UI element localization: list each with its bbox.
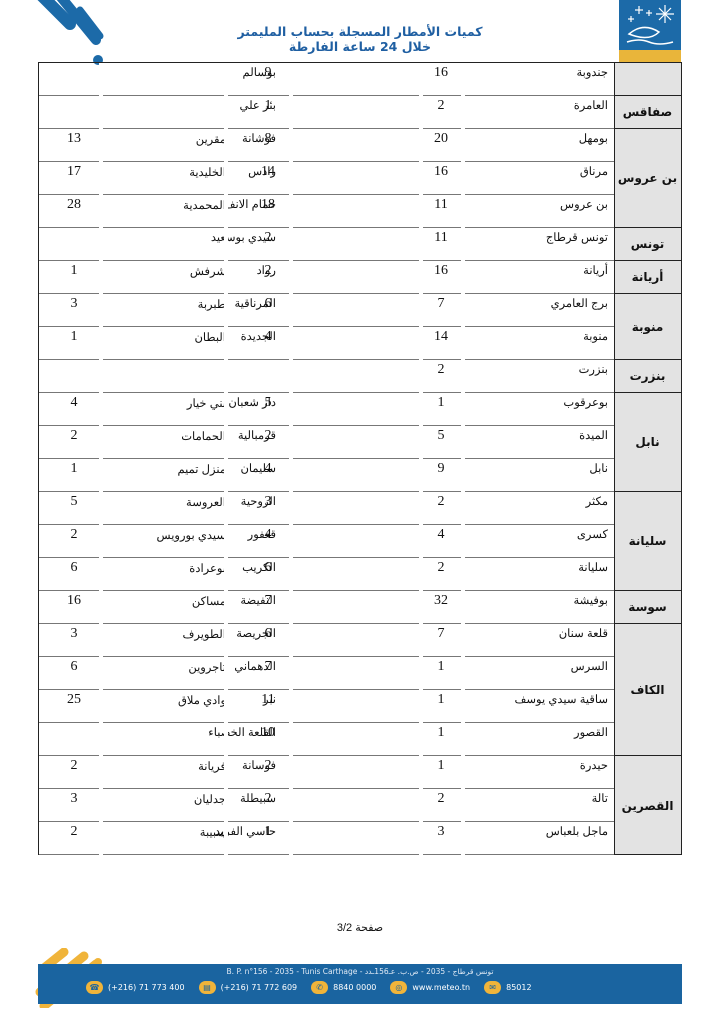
column-gap: [99, 756, 103, 789]
column-gap: [224, 591, 228, 624]
column-gap: [461, 393, 465, 426]
column-gap: [289, 393, 293, 426]
station-3: شرفش: [190, 264, 226, 278]
table-row: الميدة5قرمبالية2الحمامات2: [39, 426, 614, 459]
station-3: سبيبة: [200, 825, 226, 839]
column-gap: [99, 63, 103, 96]
contact-item: ✆8840 0000: [311, 981, 376, 994]
column-gap: [419, 822, 423, 855]
rainfall-value-1: 5: [426, 429, 456, 443]
station-1: مكثر: [586, 495, 608, 509]
station-1: منوبة: [583, 330, 608, 344]
rainfall-value-1: 32: [426, 594, 456, 608]
postal-address: B. P. n°156 - 2035 - Tunis Carthage - تو…: [38, 967, 682, 976]
rainfall-value-2: 6: [253, 297, 283, 311]
station-1: مرناق: [580, 165, 608, 179]
contact-text: www.meteo.tn: [412, 983, 470, 992]
rainfall-value-2: 4: [253, 462, 283, 476]
station-1: ماجل بلعباس: [546, 825, 608, 839]
column-gap: [419, 96, 423, 129]
column-gap: [99, 261, 103, 294]
rainfall-value-3: 13: [59, 132, 89, 146]
rainfall-value-2: 7: [253, 660, 283, 674]
station-3: جدليان: [194, 792, 226, 806]
column-gap: [224, 228, 228, 261]
rainfall-value-2: 2: [253, 231, 283, 245]
rainfall-value-2: 2: [253, 429, 283, 443]
station-3: البطان: [194, 330, 226, 344]
column-gap: [461, 690, 465, 723]
column-gap: [99, 624, 103, 657]
column-gap: [419, 558, 423, 591]
column-gap: [419, 393, 423, 426]
governorate-cell: نابل: [614, 393, 681, 492]
table-row: بن عروس11حمام الانف18المحمدية28: [39, 195, 614, 228]
contact-text: 8840 0000: [333, 983, 376, 992]
column-gap: [99, 426, 103, 459]
column-gap: [419, 690, 423, 723]
rainfall-value-1: 2: [426, 99, 456, 113]
phone-icon: ☎: [86, 981, 103, 994]
column-gap: [99, 525, 103, 558]
column-gap: [99, 459, 103, 492]
table-row: ماجل بلعباس3حاسي الفريد1سبيبة2: [39, 822, 614, 855]
title-line-2: خلال 24 ساعة الفارطة: [180, 39, 540, 54]
station-1: كسرى: [577, 528, 608, 542]
station-3: بوعرادة: [189, 561, 226, 575]
table-row: كسرى4قعفور4سيدي بورويس2: [39, 525, 614, 558]
column-gap: [419, 492, 423, 525]
station-1: قلعة سنان: [559, 627, 608, 641]
contact-item: ✉85012: [484, 981, 531, 994]
column-gap: [99, 492, 103, 525]
page-number: صفحة 3/2: [0, 921, 720, 934]
snowflake-stars-icon: [619, 0, 681, 50]
column-gap: [419, 789, 423, 822]
rainfall-value-1: 11: [426, 198, 456, 212]
column-gap: [419, 723, 423, 756]
station-3: المحمدية: [183, 198, 226, 212]
column-gap: [99, 657, 103, 690]
column-gap: [419, 459, 423, 492]
column-gap: [419, 228, 423, 261]
column-gap: [289, 822, 293, 855]
column-gap: [99, 690, 103, 723]
fax-icon: ▤: [199, 981, 216, 994]
rainfall-value-2: 3: [253, 495, 283, 509]
column-gap: [224, 723, 228, 756]
governorate-cell: تونس: [614, 228, 681, 261]
rainfall-value-1: 4: [426, 528, 456, 542]
column-gap: [224, 492, 228, 525]
station-1: تونس قرطاج: [546, 231, 608, 245]
column-gap: [99, 558, 103, 591]
station-3: فريانة: [198, 759, 226, 773]
station-3: منزل تميم: [178, 462, 227, 476]
rainfall-value-1: 2: [426, 363, 456, 377]
station-3: مقرين: [196, 132, 226, 146]
column-gap: [289, 492, 293, 525]
rainfall-value-2: 4: [253, 330, 283, 344]
rainfall-value-2: 8: [253, 132, 283, 146]
rainfall-value-2: 10: [253, 726, 283, 740]
rainfall-value-1: 2: [426, 561, 456, 575]
table-row: العامرة2بئر علي1: [39, 96, 614, 129]
column-gap: [419, 591, 423, 624]
column-gap: [224, 426, 228, 459]
rainfall-value-1: 3: [426, 825, 456, 839]
table-row: منوبة14الجديدة4البطان1: [39, 327, 614, 360]
column-gap: [419, 327, 423, 360]
column-gap: [224, 96, 228, 129]
row-divider: [39, 854, 614, 856]
rainfall-value-3: 3: [59, 792, 89, 806]
station-3: الحمامات: [181, 429, 226, 443]
station-1: ساقية سيدي يوسف: [515, 693, 609, 707]
rainfall-value-1: 16: [426, 165, 456, 179]
column-gap: [419, 756, 423, 789]
governorate-cell: [614, 63, 681, 96]
column-gap: [224, 459, 228, 492]
rainfall-value-2: 1: [253, 825, 283, 839]
column-gap: [289, 591, 293, 624]
column-gap: [461, 492, 465, 525]
hotline-icon: ✆: [311, 981, 328, 994]
rainfall-value-1: 14: [426, 330, 456, 344]
table-row: أريانة16رواد2شرفش1: [39, 261, 614, 294]
rainfall-value-3: 1: [59, 264, 89, 278]
column-gap: [461, 360, 465, 393]
column-gap: [461, 129, 465, 162]
rainfall-value-1: 16: [426, 66, 456, 80]
rainfall-value-3: 2: [59, 825, 89, 839]
rainfall-value-3: 28: [59, 198, 89, 212]
table-row: جندوبة16بوسالم9: [39, 63, 614, 96]
rainfall-value-1: 16: [426, 264, 456, 278]
table-row: نابل9سليمان4منزل تميم1: [39, 459, 614, 492]
column-gap: [461, 756, 465, 789]
rainfall-value-1: 1: [426, 759, 456, 773]
column-gap: [224, 789, 228, 822]
rainfall-value-3: 1: [59, 462, 89, 476]
rainfall-value-3: 3: [59, 297, 89, 311]
contact-item: ▤(+216) 71 772 609: [199, 981, 298, 994]
rainfall-value-2: 9: [253, 66, 283, 80]
column-gap: [289, 756, 293, 789]
column-gap: [289, 261, 293, 294]
governorate-cell: صفاقس: [614, 96, 681, 129]
table-row: سليانة2الكريب6بوعرادة6: [39, 558, 614, 591]
column-gap: [99, 393, 103, 426]
governorate-cell: أريانة: [614, 261, 681, 294]
rainfall-value-3: 5: [59, 495, 89, 509]
station-1: بوعرقوب: [563, 396, 608, 410]
column-gap: [461, 327, 465, 360]
column-gap: [289, 360, 293, 393]
column-gap: [224, 690, 228, 723]
column-gap: [419, 657, 423, 690]
column-gap: [99, 591, 103, 624]
column-gap: [224, 195, 228, 228]
column-gap: [289, 558, 293, 591]
rainfall-value-2: 18: [253, 198, 283, 212]
column-gap: [289, 459, 293, 492]
rainfall-value-1: 7: [426, 297, 456, 311]
column-gap: [289, 63, 293, 96]
column-gap: [224, 822, 228, 855]
station-1: حيدرة: [580, 759, 608, 773]
report-title: كميات الأمطار المسجلة بحساب المليمتر خلا…: [180, 24, 540, 54]
station-1: بنزرت: [579, 363, 608, 377]
table-row: بومهل20فوشانة8مقرين13: [39, 129, 614, 162]
table-row: ساقية سيدي يوسف1نبر11وادي ملاق25: [39, 690, 614, 723]
rainfall-value-2: 6: [253, 627, 283, 641]
column-gap: [461, 294, 465, 327]
column-gap: [224, 756, 228, 789]
station-3: بني خيار: [187, 396, 226, 410]
rainfall-value-1: 1: [426, 660, 456, 674]
rainfall-value-2: 14: [253, 165, 283, 179]
table-row: تونس قرطاج11سيدي بوسعيد2: [39, 228, 614, 261]
column-gap: [419, 525, 423, 558]
column-gap: [419, 162, 423, 195]
table-row: مكثر2الروحية3العروسة5: [39, 492, 614, 525]
station-1: نابل: [589, 462, 608, 476]
column-gap: [461, 723, 465, 756]
column-gap: [99, 723, 103, 756]
column-gap: [461, 657, 465, 690]
governorate-cell: سليانة: [614, 492, 681, 591]
column-gap: [224, 327, 228, 360]
column-gap: [289, 327, 293, 360]
column-gap: [224, 294, 228, 327]
column-gap: [461, 525, 465, 558]
column-gap: [289, 162, 293, 195]
station-1: برج العامري: [551, 297, 608, 311]
station-1: القصور: [574, 726, 608, 740]
rainfall-value-3: 1: [59, 330, 89, 344]
column-gap: [224, 63, 228, 96]
column-gap: [461, 789, 465, 822]
column-gap: [99, 162, 103, 195]
rainfall-value-2: 7: [253, 594, 283, 608]
contact-text: (+216) 71 773 400: [108, 983, 185, 992]
column-gap: [289, 228, 293, 261]
rainfall-value-2: 2: [253, 264, 283, 278]
table-row: بوعرقوب1دار شعبان5بني خيار4: [39, 393, 614, 426]
rainfall-table: صفاقسبن عروستونسأريانةمنوبةبنزرتنابلسليا…: [38, 62, 682, 855]
column-gap: [289, 657, 293, 690]
rainfall-value-3: 2: [59, 429, 89, 443]
column-gap: [461, 63, 465, 96]
table-row: برج العامري7المرناقية6طبربة3: [39, 294, 614, 327]
column-gap: [99, 327, 103, 360]
station-1: أريانة: [583, 264, 608, 278]
column-gap: [461, 459, 465, 492]
rainfall-value-3: 6: [59, 561, 89, 575]
decorative-stripes-icon: [30, 0, 110, 66]
station-1: بن عروس: [560, 198, 608, 212]
contact-list: ☎(+216) 71 773 400▤(+216) 71 772 609✆884…: [86, 981, 532, 994]
rainfall-value-2: 11: [253, 693, 283, 707]
column-gap: [224, 525, 228, 558]
column-gap: [224, 624, 228, 657]
column-gap: [289, 129, 293, 162]
column-gap: [461, 591, 465, 624]
rainfall-value-3: 4: [59, 396, 89, 410]
column-gap: [224, 393, 228, 426]
governorate-cell: القصرين: [614, 756, 681, 855]
column-gap: [289, 624, 293, 657]
column-gap: [99, 294, 103, 327]
station-1: العامرة: [574, 99, 608, 113]
column-gap: [461, 822, 465, 855]
rainfall-value-1: 20: [426, 132, 456, 146]
column-gap: [419, 261, 423, 294]
column-gap: [99, 96, 103, 129]
web-icon: ◎: [390, 981, 407, 994]
station-3: الطويرف: [182, 627, 226, 641]
rainfall-value-2: 4: [253, 528, 283, 542]
station-3: وادي ملاق: [178, 693, 226, 707]
table-row: تالة2سبيطلة2جدليان3: [39, 789, 614, 822]
column-gap: [99, 789, 103, 822]
governorate-cell: منوبة: [614, 294, 681, 360]
column-gap: [461, 426, 465, 459]
rainfall-value-3: 17: [59, 165, 89, 179]
rainfall-value-3: 6: [59, 660, 89, 674]
institute-logo: [619, 0, 681, 62]
station-1: جندوبة: [576, 66, 608, 80]
column-gap: [419, 195, 423, 228]
column-gap: [461, 162, 465, 195]
table-row: بوفيشة32النفيضة7مساكن16: [39, 591, 614, 624]
contact-text: 85012: [506, 983, 531, 992]
column-gap: [419, 360, 423, 393]
column-gap: [224, 129, 228, 162]
station-1: بومهل: [579, 132, 608, 146]
rainfall-value-1: 1: [426, 396, 456, 410]
sms-icon: ✉: [484, 981, 501, 994]
column-gap: [419, 624, 423, 657]
station-1: بوفيشة: [573, 594, 608, 608]
contact-text: (+216) 71 772 609: [221, 983, 298, 992]
station-1: سليانة: [578, 561, 608, 575]
rainfall-value-3: 25: [59, 693, 89, 707]
rainfall-value-2: 2: [253, 792, 283, 806]
table-row: القصور1القلعة الخصباء10: [39, 723, 614, 756]
column-gap: [289, 789, 293, 822]
contact-item: ☎(+216) 71 773 400: [86, 981, 185, 994]
table-row: بنزرت2: [39, 360, 614, 393]
column-gap: [461, 96, 465, 129]
table-row: السرس1الدهماني7تاجروين6: [39, 657, 614, 690]
column-gap: [419, 426, 423, 459]
column-gap: [289, 525, 293, 558]
governorate-column: صفاقسبن عروستونسأريانةمنوبةبنزرتنابلسليا…: [614, 63, 681, 854]
column-gap: [99, 228, 103, 261]
station-3: العروسة: [186, 495, 226, 509]
column-gap: [224, 657, 228, 690]
station-3: الخليدية: [189, 165, 226, 179]
rainfall-value-3: 16: [59, 594, 89, 608]
column-gap: [461, 195, 465, 228]
rainfall-value-1: 1: [426, 726, 456, 740]
rainfall-value-3: 2: [59, 759, 89, 773]
column-gap: [461, 261, 465, 294]
column-gap: [224, 162, 228, 195]
column-gap: [99, 129, 103, 162]
rainfall-value-2: 6: [253, 561, 283, 575]
rainfall-value-3: 3: [59, 627, 89, 641]
governorate-cell: الكاف: [614, 624, 681, 756]
column-gap: [224, 558, 228, 591]
rainfall-value-1: 7: [426, 627, 456, 641]
rainfall-report-page: كميات الأمطار المسجلة بحساب المليمتر خلا…: [0, 0, 720, 1018]
rainfall-value-1: 1: [426, 693, 456, 707]
rainfall-value-1: 2: [426, 792, 456, 806]
column-gap: [99, 360, 103, 393]
rainfall-value-3: 2: [59, 528, 89, 542]
column-gap: [419, 294, 423, 327]
column-gap: [224, 360, 228, 393]
rainfall-value-1: 2: [426, 495, 456, 509]
station-1: السرس: [571, 660, 608, 674]
rainfall-value-2: 5: [253, 396, 283, 410]
governorate-cell: بنزرت: [614, 360, 681, 393]
column-gap: [224, 261, 228, 294]
station-3: طبربة: [198, 297, 226, 311]
column-gap: [99, 195, 103, 228]
rainfall-value-1: 9: [426, 462, 456, 476]
governorate-cell: سوسة: [614, 591, 681, 624]
station-1: الميدة: [579, 429, 608, 443]
table-row: قلعة سنان7الجريصة6الطويرف3: [39, 624, 614, 657]
column-gap: [289, 294, 293, 327]
station-3: مساكن: [192, 594, 226, 608]
table-row: مرناق16رادس14الخليدية17: [39, 162, 614, 195]
station-1: تالة: [592, 792, 608, 806]
station-3: سيدي بورويس: [157, 528, 226, 542]
column-gap: [461, 558, 465, 591]
column-gap: [289, 723, 293, 756]
column-gap: [461, 228, 465, 261]
station-3: تاجروين: [188, 660, 226, 674]
rainfall-value-1: 11: [426, 231, 456, 245]
column-gap: [289, 426, 293, 459]
column-gap: [289, 96, 293, 129]
column-gap: [419, 129, 423, 162]
column-gap: [461, 624, 465, 657]
column-gap: [289, 195, 293, 228]
rainfall-value-2: 2: [253, 759, 283, 773]
column-gap: [289, 690, 293, 723]
column-gap: [419, 63, 423, 96]
title-line-1: كميات الأمطار المسجلة بحساب المليمتر: [180, 24, 540, 39]
rainfall-value-2: 1: [253, 99, 283, 113]
contact-item[interactable]: ◎www.meteo.tn: [390, 981, 470, 994]
table-row: حيدرة1فوسانة2فريانة2: [39, 756, 614, 789]
column-gap: [99, 822, 103, 855]
footer-bar: B. P. n°156 - 2035 - Tunis Carthage - تو…: [38, 964, 682, 1004]
governorate-cell: بن عروس: [614, 129, 681, 228]
